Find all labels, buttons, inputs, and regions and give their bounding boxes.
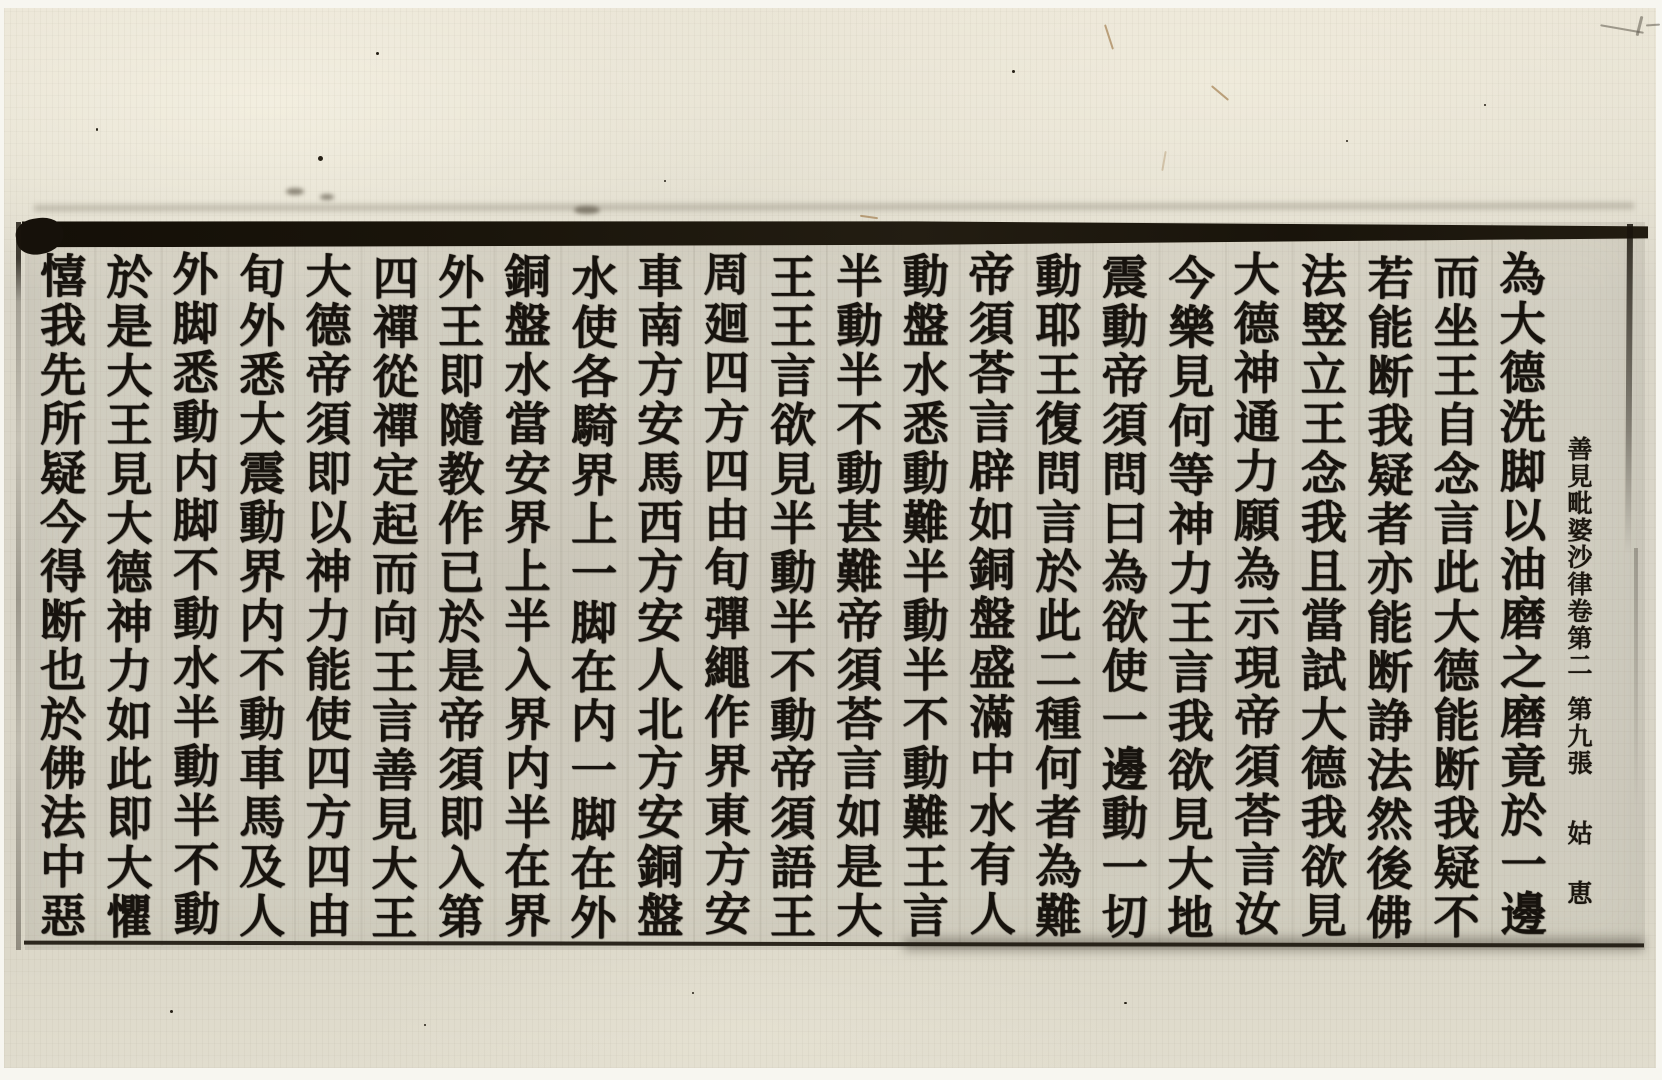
- ink-speck: [318, 156, 323, 161]
- margin-sheet-number: 第九張: [1556, 696, 1600, 777]
- text-column: 而坐王自念言此大德能断我疑不: [1424, 253, 1484, 945]
- scanned-page: { "page": { "description_title": "善見毗婆沙律…: [0, 0, 1662, 1080]
- ink-speck: [170, 1010, 173, 1013]
- text-column: 銅盤水當安界上半入界内半在界: [495, 252, 555, 944]
- ink-speck: [1124, 1002, 1127, 1004]
- text-column: 今樂見何等神力王言我欲見大地: [1157, 254, 1218, 946]
- margin-case-marker: 姑: [1556, 820, 1600, 847]
- text-column: 動盤水悉動難半動半不動難王言: [893, 252, 953, 944]
- paper-fiber: [1104, 24, 1114, 49]
- text-column: 為大德洗脚以油磨之磨竟於一邊: [1489, 250, 1550, 942]
- paper-fiber: [1161, 151, 1166, 171]
- frame-border-right-faint: [1634, 548, 1638, 808]
- text-column: 動耶王復問言於此二種何者為難: [1025, 252, 1085, 944]
- text-column: 旬外悉大震動界内不動車馬及人: [229, 252, 289, 944]
- text-column: 帝須荅言辟如銅盤盛滿中水有人: [958, 250, 1019, 942]
- text-column: 大德神通力願為示現帝須荅言汝: [1224, 250, 1285, 942]
- text-column: 震動帝須問曰為欲使一邊動一切: [1092, 253, 1152, 945]
- pencil-mark: [1646, 24, 1660, 27]
- ink-smudge: [574, 206, 600, 214]
- paper-fiber: [860, 215, 878, 219]
- ink-speck: [96, 128, 98, 131]
- ink-streak: [34, 203, 1634, 211]
- ink-speck: [424, 1024, 426, 1026]
- paper-fiber: [1211, 85, 1229, 101]
- margin-fascicle-title: 善見毗婆沙律卷第二: [1556, 436, 1600, 679]
- text-column: 法竪立王念我且當試大德我欲見: [1291, 252, 1351, 944]
- ink-speck: [664, 180, 666, 182]
- text-column: 外脚悉動内脚不動水半動半不動: [162, 250, 223, 942]
- text-column: 車南方安馬西方安人北方安銅盤: [627, 252, 687, 944]
- ink-speck: [376, 52, 379, 55]
- text-column: 四禪從禪定起而向王言善見大王: [361, 254, 422, 946]
- ink-smudge: [320, 194, 334, 200]
- text-column: 王王言欲見半動半不動帝須語王: [760, 253, 820, 945]
- paper-sheet: 為大德洗脚以油磨之磨竟於一邊 而坐王自念言此大德能断我疑不 若能断我疑者亦能断諍…: [4, 8, 1656, 1068]
- ink-smudge: [286, 188, 304, 195]
- ink-speck: [1012, 70, 1015, 73]
- text-column: 周廻四方四由旬彈繩作界東方安: [693, 250, 754, 942]
- text-column: 水使各騎界上一脚在内一脚在外: [560, 254, 621, 946]
- text-column: 半動半不動甚難帝須荅言如是大: [826, 252, 886, 944]
- text-column: 外王即隨教作已於是帝須即入第: [428, 253, 488, 945]
- text-column: 憘我先所疑今得断也於佛法中惡: [30, 252, 90, 944]
- ink-speck: [692, 992, 694, 994]
- frame-border-left: [16, 222, 21, 950]
- text-column: 若能断我疑者亦能断諍法然後佛: [1356, 254, 1417, 946]
- text-column: 大德帝須即以神力能使四方四由: [295, 252, 355, 944]
- text-block: 為大德洗脚以油磨之磨竟於一邊 而坐王自念言此大德能断我疑不 若能断我疑者亦能断諍…: [30, 252, 1550, 944]
- text-column: 於是大王見大德神力如此即大懼: [96, 253, 156, 945]
- ink-speck: [1346, 140, 1348, 142]
- ink-speck: [1484, 104, 1486, 106]
- margin-case-marker: 恵: [1556, 880, 1600, 907]
